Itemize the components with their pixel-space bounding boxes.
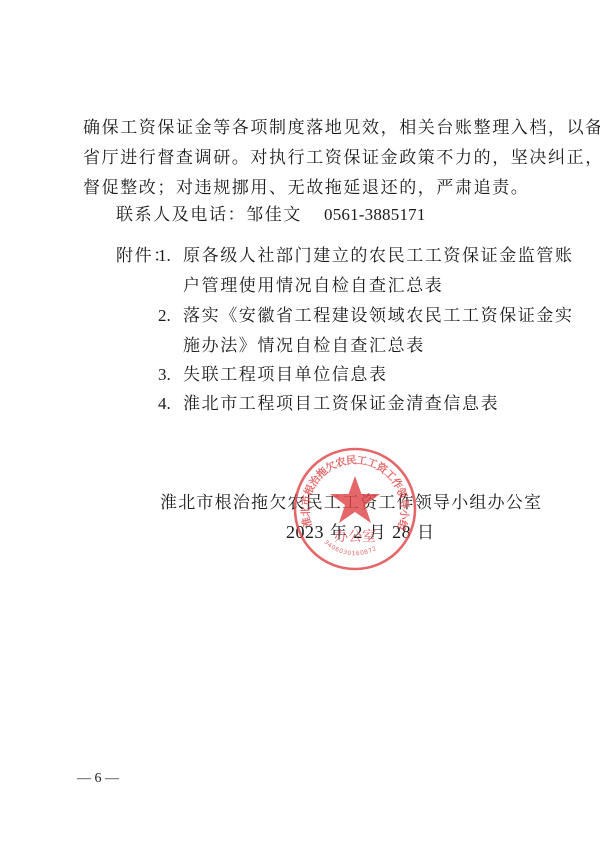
body-paragraph-line-2: 省厅进行督查调研。对执行工资保证金政策不力的，坚决纠正， bbox=[83, 148, 600, 168]
attachment-2-line-1: 落实《安徽省工程建设领域农民工工资保证金实 bbox=[183, 306, 574, 326]
attachment-4-number: 4. bbox=[158, 394, 171, 414]
date-year-unit: 年 bbox=[330, 523, 348, 543]
body-paragraph-line-1: 确保工资保证金等各项制度落地见效，相关台账整理入档，以备 bbox=[83, 118, 600, 138]
contact-label: 联系人及电话：邹佳文 bbox=[116, 205, 302, 225]
attachment-3-line-1: 失联工程项目单位信息表 bbox=[183, 365, 388, 385]
date-month: 2 bbox=[353, 522, 363, 542]
body-paragraph-line-3: 督促整改；对违规挪用、无故拖延退还的，严肃追责。 bbox=[83, 178, 529, 198]
attachment-1-line-2: 户管理使用情况自检自查汇总表 bbox=[183, 276, 443, 296]
date-day: 28 bbox=[392, 522, 411, 542]
attachment-2-number: 2. bbox=[158, 306, 171, 326]
date-day-unit: 日 bbox=[417, 523, 435, 543]
page-number: — 6 — bbox=[77, 771, 119, 787]
date-month-unit: 月 bbox=[369, 523, 387, 543]
attachment-4-line-1: 淮北市工程项目工资保证金清查信息表 bbox=[183, 394, 499, 414]
attachment-2-line-2: 施办法》情况自检自查汇总表 bbox=[183, 336, 425, 356]
contact-line: 联系人及电话：邹佳文0561-3885171 bbox=[116, 205, 426, 225]
contact-phone: 0561-3885171 bbox=[324, 205, 426, 224]
signature-organization: 淮北市根治拖欠农民工工资工作领导小组办公室 bbox=[160, 493, 542, 513]
date-year: 2023 bbox=[286, 522, 324, 542]
attachment-1-line-1: 原各级人社部门建立的农民工工资保证金监管账 bbox=[183, 246, 574, 266]
attachment-3-number: 3. bbox=[158, 365, 171, 385]
document-page: 确保工资保证金等各项制度落地见效，相关台账整理入档，以备 省厅进行督查调研。对执… bbox=[0, 0, 600, 854]
signature-date: 2023 年 2 月 28 日 bbox=[286, 522, 435, 543]
attachment-1-number: 1. bbox=[158, 246, 171, 266]
